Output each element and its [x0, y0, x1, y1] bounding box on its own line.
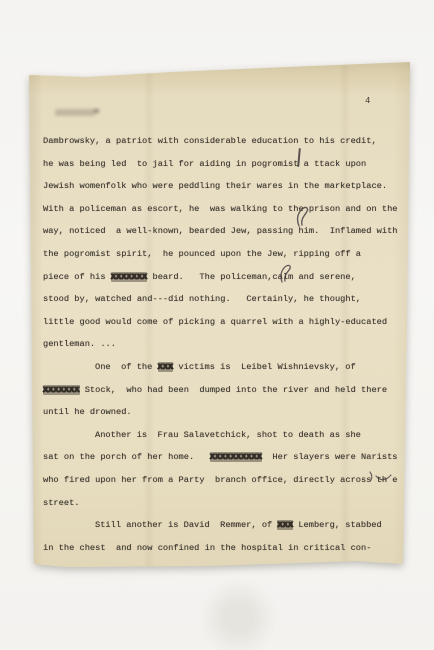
text-segment: Lemberg, stabbed: [293, 520, 382, 530]
typewritten-line: the pogromist spirit, he pounced upon th…: [43, 243, 405, 266]
text-segment: street.: [43, 498, 80, 508]
text-segment: stood by, watched and---did nothing. Cer…: [43, 294, 361, 304]
text-segment: in the chest and now confined in the hos…: [43, 543, 371, 553]
typewritten-line: One of the XXX victims is Leibel Wishnie…: [43, 356, 405, 379]
text-segment: Still another is David Remmer, of: [95, 520, 277, 530]
typewritten-line: XXXXXXX Stock, who had been dumped into …: [43, 379, 405, 402]
text-segment: Jewish womenfolk who were peddling their…: [43, 181, 387, 191]
struck-out-word: XXX: [158, 362, 174, 372]
text-segment: Her slayers were Narists: [262, 452, 398, 462]
struck-out-word: XXXXXXXXXX: [210, 452, 262, 462]
typewritten-line: sat on the porch of her home. XXXXXXXXXX…: [43, 446, 405, 469]
typewritten-line: street.: [43, 492, 405, 515]
struck-out-word: XXXXXXX: [111, 272, 148, 282]
text-segment: With a policeman as escort, he was walki…: [43, 204, 398, 214]
struck-out-word: XXX: [277, 520, 293, 530]
typewritten-line: in the chest and now confined in the hos…: [43, 537, 405, 560]
typewritten-line: Still another is David Remmer, of XXX Le…: [43, 514, 405, 537]
text-segment: the pogromist spirit, he pounced upon th…: [43, 249, 361, 259]
text-segment: little good would come of picking a quar…: [43, 317, 387, 327]
text-segment: who fired upon her from a Party branch o…: [43, 475, 398, 485]
typewritten-line: until he drowned.: [43, 401, 405, 424]
text-segment: beard. The policeman,calm and serene,: [147, 272, 356, 282]
typewritten-line: Dambrowsky, a patriot with considerable …: [43, 130, 405, 153]
document-page: 4 Dambrowsky, a patriot with considerabl…: [27, 62, 412, 570]
typewritten-line: little good would come of picking a quar…: [43, 311, 405, 334]
struck-out-word: XXXXXXX: [43, 385, 80, 395]
text-segment: Stock, who had been dumped into the rive…: [80, 385, 388, 395]
erased-smudge: [55, 109, 95, 116]
paper-sheet: 4 Dambrowsky, a patriot with considerabl…: [27, 62, 412, 570]
typewritten-line: way, noticed a well-known, bearded Jew, …: [43, 220, 405, 243]
typewritten-line: he was being led to jail for aiding in p…: [43, 153, 405, 176]
typewritten-line: piece of his XXXXXXX beard. The policema…: [43, 266, 405, 289]
typewritten-line: who fired upon her from a Party branch o…: [43, 469, 405, 492]
text-segment: sat on the porch of her home.: [43, 452, 210, 462]
typewritten-line: Another is Frau Salavetchick, shot to de…: [43, 424, 405, 447]
text-segment: he was being led to jail for aiding in p…: [43, 159, 366, 169]
typewritten-line: With a policeman as escort, he was walki…: [43, 198, 405, 221]
text-segment: gentleman. ...: [43, 339, 116, 349]
page-number: 4: [365, 96, 370, 106]
typewritten-text: Dambrowsky, a patriot with considerable …: [43, 130, 405, 559]
typewritten-line: gentleman. ...: [43, 333, 405, 356]
text-segment: Dambrowsky, a patriot with considerable …: [43, 136, 377, 146]
text-segment: piece of his: [43, 272, 111, 282]
text-segment: until he drowned.: [43, 407, 132, 417]
text-segment: way, noticed a well-known, bearded Jew, …: [43, 226, 398, 236]
text-segment: One of the: [95, 362, 158, 372]
typewritten-line: Jewish womenfolk who were peddling their…: [43, 175, 405, 198]
typewritten-line: stood by, watched and---did nothing. Cer…: [43, 288, 405, 311]
text-segment: victims is Leibel Wishnievsky, of: [173, 362, 355, 372]
text-segment: Another is Frau Salavetchick, shot to de…: [95, 430, 361, 440]
